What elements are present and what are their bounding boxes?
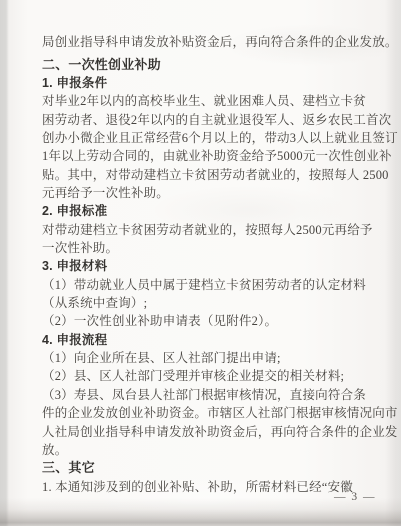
- text-line: 人社局创业指导科申请发放补助资金后，再向符合条件的企业发: [42, 423, 380, 441]
- page-number: — 3 —: [334, 491, 376, 503]
- text-line: 困劳动者、退役2年以内的自主就业退役军人、返乡农民工首次: [42, 111, 380, 129]
- text-line: 件的企业发放创业补助资金。市辖区人社部门根据审核情况向市: [42, 404, 380, 422]
- document-text: 局创业指导科申请发放补贴资金后，再向符合条件的企业发放。二、一次性创业补助1. …: [42, 33, 380, 496]
- text-line: 三、其它: [42, 459, 380, 477]
- text-line: 4. 申报流程: [42, 331, 380, 349]
- text-line: 局创业指导科申请发放补贴资金后，再向符合条件的企业发放。: [42, 33, 380, 51]
- text-line: （3）寿县、凤台县人社部门根据审核情况，直接向符合条: [42, 386, 380, 404]
- text-line: 对带动建档立卡贫困劳动者就业的，按照每人2500元再给予: [42, 221, 380, 239]
- scanned-document-page: 局创业指导科申请发放补贴资金后，再向符合条件的企业发放。二、一次性创业补助1. …: [0, 0, 401, 526]
- text-line: 放。: [42, 441, 380, 459]
- text-line: 元再给予一次性补助。: [42, 184, 380, 202]
- text-line: 创办小微企业且正常经营6个月以上的，带动3人以上就业且签订: [42, 129, 380, 147]
- text-line: （2）县、区人社部门受理并审核企业提交的相关材料;: [42, 367, 380, 385]
- text-line: （1）向企业所在县、区人社部门提出申请;: [42, 349, 380, 367]
- text-line: 二、一次性创业补助: [42, 56, 380, 74]
- text-line: （2）一次性创业补助申请表（见附件2）。: [42, 312, 380, 330]
- text-line: 3. 申报材料: [42, 257, 380, 275]
- text-line: （从系统中查询）;: [42, 294, 380, 312]
- text-line: （1）带动就业人员中属于建档立卡贫困劳动者的认定材料: [42, 276, 380, 294]
- text-line: 贴。其中，对带动建档立卡贫困劳动者就业的，按照每人 2500: [42, 166, 380, 184]
- text-line: 一次性补助。: [42, 239, 380, 257]
- text-line: 1. 申报条件: [42, 74, 380, 92]
- text-line: 1. 本通知涉及到的创业补贴、补助，所需材料已经“安徽: [42, 478, 380, 496]
- text-line: 1年以上劳动合同的，由就业补助资金给予5000元一次性创业补: [42, 147, 380, 165]
- text-line: 2. 申报标准: [42, 202, 380, 220]
- text-line: 对毕业2年以内的高校毕业生、就业困难人员、建档立卡贫: [42, 92, 380, 110]
